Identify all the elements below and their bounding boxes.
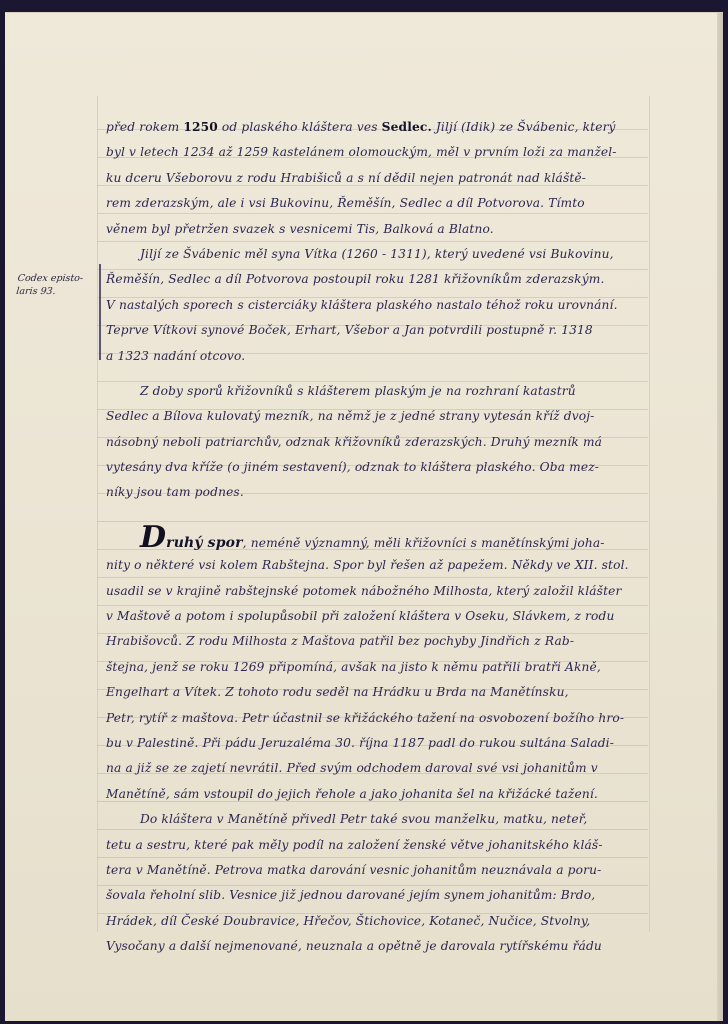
text-line: Engelhart a Vítek. Z tohoto rodu seděl n… [106,680,646,705]
text-line: Vysočany a další nejmenované, neuznala a… [106,934,646,959]
text-line: Petr, rytíř z maštova. Petr účastnil se … [106,706,646,731]
text-line: rem zderazským, ale i vsi Bukovinu, Řemě… [106,191,646,216]
text-line: šovala řeholní slib. Vesnice již jednou … [106,883,646,908]
page-edge [717,13,723,1021]
text-line: tera v Manětíně. Petrova matka darování … [106,858,646,883]
text-line: Teprve Vítkovi synové Boček, Erhart, Vše… [106,318,646,343]
text-fragment: , neméně významný, měli křižovníci s man… [243,536,605,550]
paragraph-4: Druhý spor, neméně významný, měli křižov… [106,528,646,807]
text-line: Druhý spor, neméně významný, měli křižov… [106,528,646,553]
text-line: bu v Palestině. Při pádu Jeruzaléma 30. … [106,731,646,756]
text-line: Řeměšín, Sedlec a díl Potvorova postoupi… [106,267,646,292]
text-line: Manětíně, sám vstoupil do jejich řehole … [106,782,646,807]
text-line: Do kláštera v Manětíně přivedl Petr také… [106,807,646,832]
text-line: Sedlec a Bílova kulovatý mezník, na němž… [106,404,646,429]
text-line: byl v letech 1234 až 1259 kastelánem olo… [106,140,646,165]
paragraph-5: Do kláštera v Manětíně přivedl Petr také… [106,807,646,959]
text-line: vytesány dva kříže (o jiném sestavení), … [106,455,646,480]
text-line: Z doby sporů křižovníků s klášterem plas… [106,379,646,404]
drop-cap: D [140,520,166,555]
text-line: v Maštově a potom i spolupůsobil při zal… [106,604,646,629]
text-line: štejna, jenž se roku 1269 připomíná, avš… [106,655,646,680]
spacer [106,506,646,528]
text-line: Hrádek, díl České Doubravice, Hřečov, Št… [106,909,646,934]
text-line: věnem byl přetržen svazek s vesnicemi Ti… [106,217,646,242]
text-line: ku dceru Všeborovu z rodu Hrabišiců a s … [106,166,646,191]
margin-note: Codex episto- laris 93. [16,272,89,298]
margin-note-line: Codex episto- [17,272,88,285]
text-line: na a již se ze zajetí nevrátil. Před svý… [106,756,646,781]
margin-note-line: laris 93. [16,285,87,298]
text-line: tetu a sestru, které pak měly podíl na z… [106,833,646,858]
margin-bracket [99,264,101,360]
paragraph-1: před rokem 1250 od plaského kláštera ves… [106,115,646,242]
text-line: Hrabišovců. Z rodu Milhosta z Maštova pa… [106,629,646,654]
text-line: níky jsou tam podnes. [106,480,646,505]
text-line: usadil se v krajině rabštejnské potomek … [106,579,646,604]
text-line: násobný neboli patriarchův, odznak křižo… [106,430,646,455]
text-line: Jiljí ze Švábenic měl syna Vítka (1260 -… [106,242,646,267]
handwritten-text: před rokem 1250 od plaského kláštera ves… [106,115,646,960]
text-line: nity o některé vsi kolem Rabštejna. Spor… [106,553,646,578]
text-line: V nastalých sporech s cisterciáky klášte… [106,293,646,318]
text-line: před rokem 1250 od plaského kláštera ves… [106,115,646,140]
paragraph-2: Jiljí ze Švábenic měl syna Vítka (1260 -… [106,242,646,369]
spacer [106,369,646,379]
paragraph-3: Z doby sporů křižovníků s klášterem plas… [106,379,646,506]
section-lead: ruhý spor [166,535,242,551]
text-line: a 1323 nadání otcovo. [106,344,646,369]
